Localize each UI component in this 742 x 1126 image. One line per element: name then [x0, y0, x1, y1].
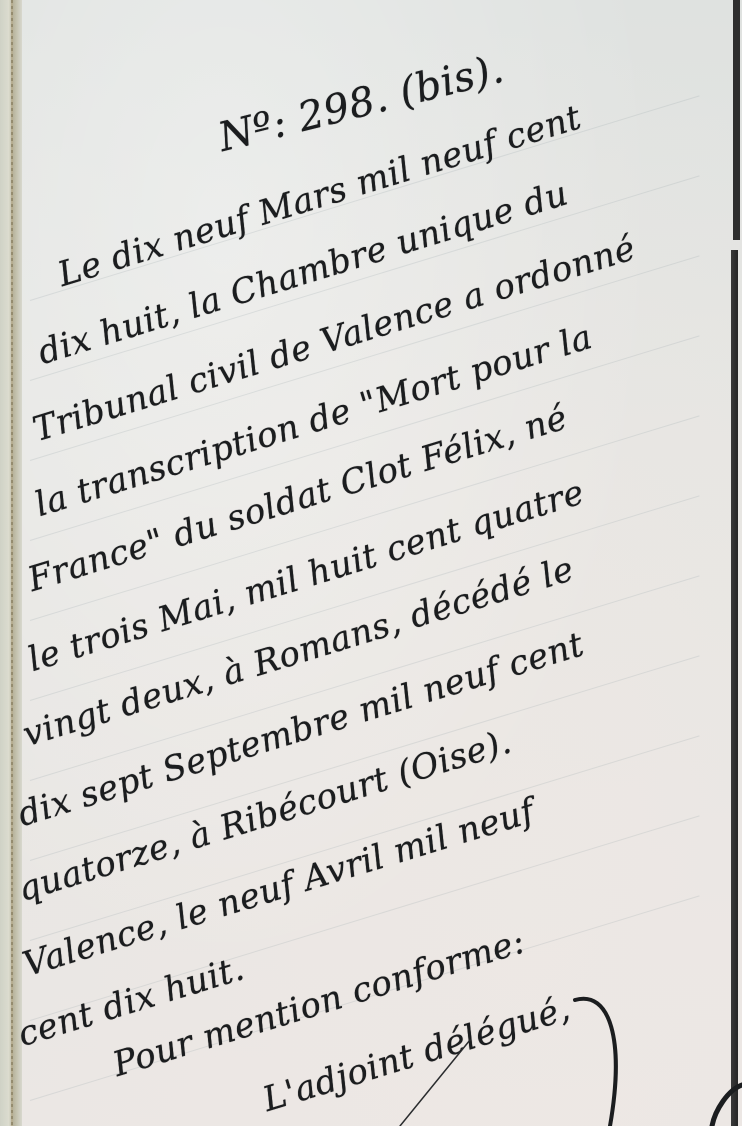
- register-page: Nº: 298. (bis). Le dix neuf Mars mil neu…: [0, 0, 742, 1126]
- handwritten-note: Nº: 298. (bis). Le dix neuf Mars mil neu…: [0, 0, 742, 1126]
